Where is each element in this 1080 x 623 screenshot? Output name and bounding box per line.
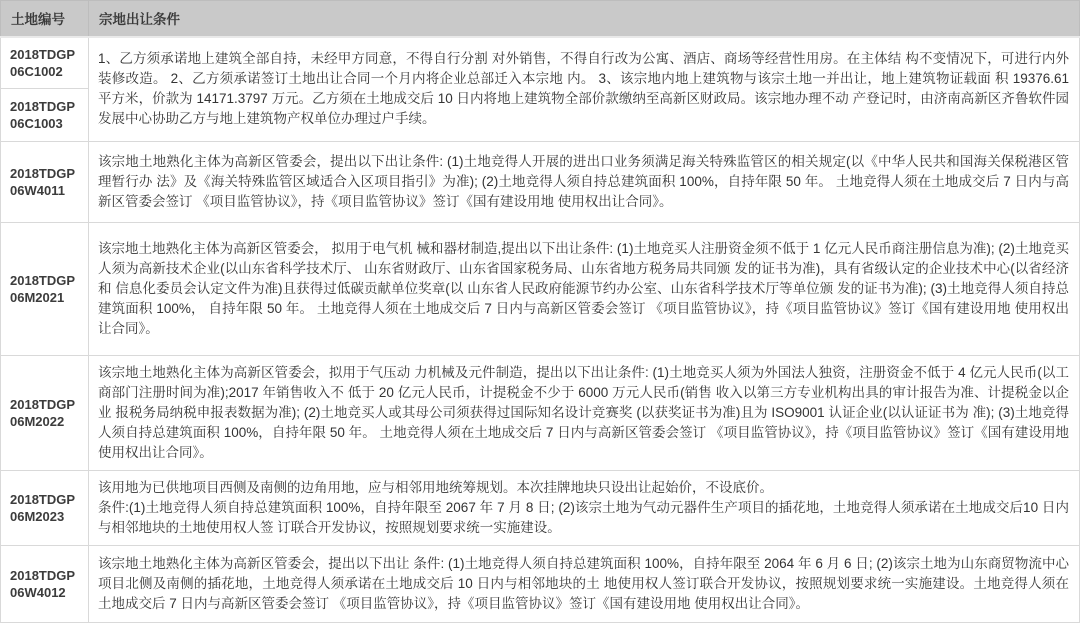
column-header-conditions: 宗地出让条件 — [89, 1, 1080, 37]
condition-cell: 该宗地土地熟化主体为高新区管委会，拟用于气压动 力机械及元件制造，提出以下出让条… — [89, 356, 1080, 471]
table-row: 2018TDGP06C10021、乙方须承诺地上建筑全部自持，未经甲方同意，不得… — [1, 37, 1080, 89]
land-id-cell: 2018TDGP06M2021 — [1, 223, 89, 356]
column-header-land-id: 土地编号 — [1, 1, 89, 37]
land-id-cell: 2018TDGP06W4012 — [1, 546, 89, 623]
land-id-cell: 2018TDGP06M2022 — [1, 356, 89, 471]
condition-cell: 该宗地土地熟化主体为高新区管委会，提出以下出让条件: (1)土地竞得人开展的进出… — [89, 142, 1080, 223]
condition-cell: 该宗地土地熟化主体为高新区管委会，提出以下出让 条件: (1)土地竞得人须自持总… — [89, 546, 1080, 623]
table-row: 2018TDGP06M2022该宗地土地熟化主体为高新区管委会，拟用于气压动 力… — [1, 356, 1080, 471]
land-conditions-table: 土地编号 宗地出让条件 2018TDGP06C10021、乙方须承诺地上建筑全部… — [0, 0, 1080, 623]
condition-cell: 该宗地土地熟化主体为高新区管委会， 拟用于电气机 械和器材制造,提出以下出让条件… — [89, 223, 1080, 356]
table-body: 2018TDGP06C10021、乙方须承诺地上建筑全部自持，未经甲方同意，不得… — [1, 37, 1080, 623]
condition-cell: 1、乙方须承诺地上建筑全部自持，未经甲方同意，不得自行分割 对外销售，不得自行改… — [89, 37, 1080, 142]
header-row: 土地编号 宗地出让条件 — [1, 1, 1080, 37]
land-id-cell: 2018TDGP06W4011 — [1, 142, 89, 223]
table-row: 2018TDGP06W4012该宗地土地熟化主体为高新区管委会，提出以下出让 条… — [1, 546, 1080, 623]
condition-cell: 该用地为已供地项目西侧及南侧的边角用地，应与相邻用地统筹规划。本次挂牌地块只设出… — [89, 471, 1080, 546]
table-row: 2018TDGP06M2021该宗地土地熟化主体为高新区管委会， 拟用于电气机 … — [1, 223, 1080, 356]
land-id-cell: 2018TDGP06C1002 — [1, 37, 89, 89]
land-id-cell: 2018TDGP06M2023 — [1, 471, 89, 546]
land-id-cell: 2018TDGP06C1003 — [1, 89, 89, 142]
table-row: 2018TDGP06W4011该宗地土地熟化主体为高新区管委会，提出以下出让条件… — [1, 142, 1080, 223]
table-row: 2018TDGP06M2023该用地为已供地项目西侧及南侧的边角用地，应与相邻用… — [1, 471, 1080, 546]
